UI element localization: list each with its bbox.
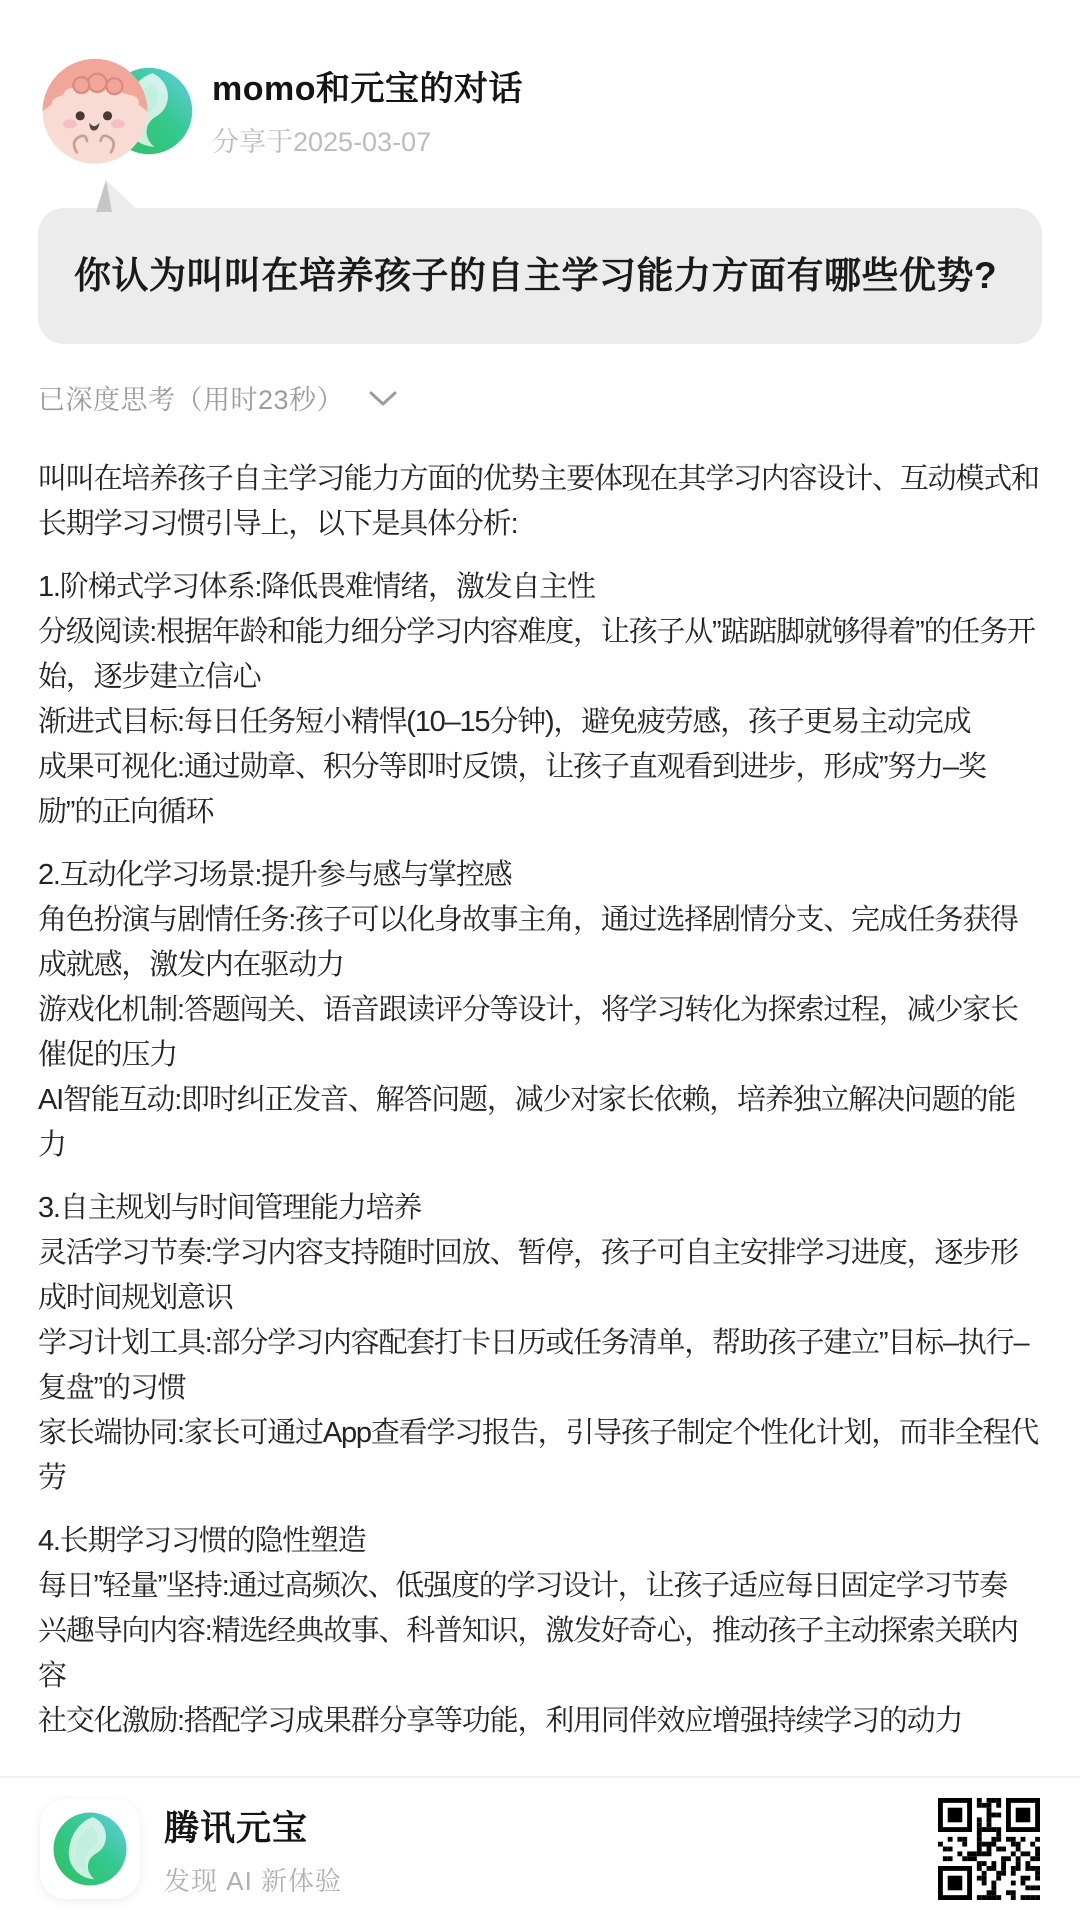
section-item: 学习计划工具:部分学习内容配套打卡日历或任务清单，帮助孩子建立”目标–执行–复盘… xyxy=(38,1321,1042,1411)
section-item: 兴趣导向内容:精选经典故事、科普知识，激发好奇心，推动孩子主动探索关联内容 xyxy=(38,1609,1042,1699)
section-item: 成果可视化:通过勋章、积分等即时反馈，让孩子直观看到进步，形成”努力–奖励”的正… xyxy=(38,745,1042,835)
page-title: momo和元宝的对话 xyxy=(212,61,523,110)
answer-body: 叫叫在培养孩子自主学习能力方面的优势主要体现在其学习内容设计、互动模式和长期学习… xyxy=(38,457,1042,1817)
header-text: momo和元宝的对话 分享于2025-03-07 xyxy=(212,61,523,159)
yuanbao-app-icon xyxy=(40,1799,140,1899)
deep-think-label: 已深度思考（用时23秒） xyxy=(38,378,344,417)
section-heading: 4.长期学习习惯的隐性塑造 xyxy=(38,1519,1042,1564)
qr-code xyxy=(938,1798,1040,1900)
footer-app-text: 腾讯元宝 发现 AI 新体验 xyxy=(164,1801,342,1898)
section-item: 灵活学习节奏:学习内容支持随时回放、暂停，孩子可自主安排学习进度，逐步形成时间规… xyxy=(38,1231,1042,1321)
section-item: 社交化激励:搭配学习成果群分享等功能，利用同伴效应增强持续学习的动力 xyxy=(38,1699,1042,1744)
share-card: momo和元宝的对话 分享于2025-03-07 你认为叫叫在培养孩子的自主学习… xyxy=(0,0,1080,1920)
section-item: 游戏化机制:答题闯关、语音跟读评分等设计，将学习转化为探索过程，减少家长催促的压… xyxy=(38,988,1042,1078)
answer-section: 2.互动化学习场景:提升参与感与掌控感 角色扮演与剧情任务:孩子可以化身故事主角… xyxy=(38,853,1042,1168)
answer-section: 4.长期学习习惯的隐性塑造 每日”轻量”坚持:通过高频次、低强度的学习设计，让孩… xyxy=(38,1519,1042,1744)
question-bubble: 你认为叫叫在培养孩子的自主学习能力方面有哪些优势? xyxy=(38,208,1042,344)
answer-section: 1.阶梯式学习体系:降低畏难情绪，激发自主性 分级阅读:根据年龄和能力细分学习内… xyxy=(38,565,1042,835)
chevron-down-icon[interactable] xyxy=(368,389,398,407)
footer-bar: 腾讯元宝 发现 AI 新体验 xyxy=(0,1776,1080,1920)
section-item: 家长端协同:家长可通过App查看学习报告，引导孩子制定个性化计划，而非全程代劳 xyxy=(38,1411,1042,1501)
answer-intro: 叫叫在培养孩子自主学习能力方面的优势主要体现在其学习内容设计、互动模式和长期学习… xyxy=(38,457,1042,547)
section-item: 分级阅读:根据年龄和能力细分学习内容难度，让孩子从”踮踮脚就够得着”的任务开始，… xyxy=(38,610,1042,700)
header: momo和元宝的对话 分享于2025-03-07 xyxy=(38,52,1042,168)
answer-section: 3.自主规划与时间管理能力培养 灵活学习节奏:学习内容支持随时回放、暂停，孩子可… xyxy=(38,1186,1042,1501)
share-date: 分享于2025-03-07 xyxy=(212,120,523,159)
question-text: 你认为叫叫在培养孩子的自主学习能力方面有哪些优势? xyxy=(74,254,1006,298)
momo-avatar xyxy=(38,52,152,166)
deep-think-toggle[interactable]: 已深度思考（用时23秒） xyxy=(38,378,1042,417)
section-item: 渐进式目标:每日任务短小精悍(10–15分钟)，避免疲劳感，孩子更易主动完成 xyxy=(38,700,1042,745)
section-heading: 3.自主规划与时间管理能力培养 xyxy=(38,1186,1042,1231)
section-item: 角色扮演与剧情任务:孩子可以化身故事主角，通过选择剧情分支、完成任务获得成就感，… xyxy=(38,898,1042,988)
section-item: AI智能互动:即时纠正发音、解答问题，减少对家长依赖，培养独立解决问题的能力 xyxy=(38,1078,1042,1168)
section-heading: 2.互动化学习场景:提升参与感与掌控感 xyxy=(38,853,1042,898)
avatar-group xyxy=(38,52,196,168)
app-name: 腾讯元宝 xyxy=(164,1801,342,1851)
app-tagline: 发现 AI 新体验 xyxy=(164,1861,342,1898)
section-item: 每日”轻量”坚持:通过高频次、低强度的学习设计，让孩子适应每日固定学习节奏 xyxy=(38,1564,1042,1609)
section-heading: 1.阶梯式学习体系:降低畏难情绪，激发自主性 xyxy=(38,565,1042,610)
bubble-tail xyxy=(96,180,140,212)
